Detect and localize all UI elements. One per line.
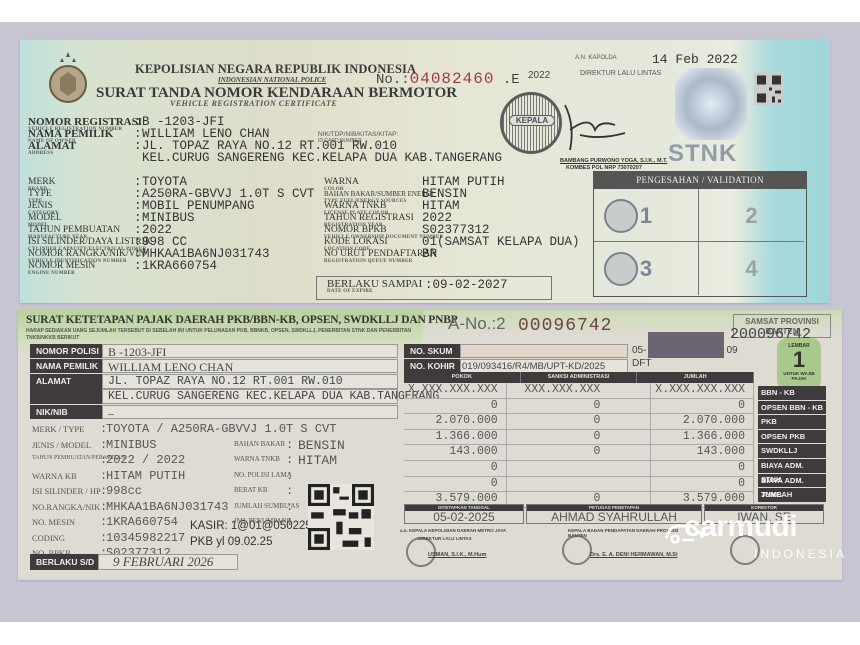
tax-row: 143.0000143.000 xyxy=(404,445,754,461)
tax-cell-pokok: 143.000 xyxy=(404,445,507,460)
assessment-date-box: DITETAPKAN TANGGAL 05-02-2025 xyxy=(404,504,524,524)
right-field-label: NO URUT PENDAFTARANREGISTRATION QUEUE NU… xyxy=(324,249,437,264)
sheet-badge: LEMBAR 1 UNTUK WAJIB PAJAK xyxy=(777,338,821,390)
tax-row: 000 xyxy=(404,399,754,415)
spec-value: 998cc xyxy=(106,484,142,498)
tax-subtitle: HARAP SEDIAKAN UANG SEJUMLAH TERSEBUT DI… xyxy=(26,328,416,342)
official-stamp: KEPALA xyxy=(500,92,562,154)
spec-label: NO. MESIN xyxy=(32,517,75,527)
tax-table-header: POKOK SANKSI ADMINISTRASI JUMLAH xyxy=(404,372,754,383)
spec-value: 10345982217 xyxy=(106,531,185,545)
field-label: NOMOR MESINENGINE NUMBER xyxy=(28,261,95,276)
valid-until-label: BERLAKU S/D xyxy=(30,554,98,570)
tax-row-label: SWDKLLJ xyxy=(758,444,826,458)
authority-title: KEPOLISIAN NEGARA REPUBLIK INDONESIA xyxy=(135,62,416,77)
tax-title: SURAT KETETAPAN PAJAK DAERAH PKB/BBN-KB,… xyxy=(26,314,457,326)
field-value: 1KRA660754 xyxy=(142,259,217,273)
tax-cell-pokok: 2.070.000 xyxy=(404,414,507,429)
tax-cell-sanksi: 0 xyxy=(507,430,652,445)
tax-cell-pokok: X.XXX.XXX.XXX xyxy=(404,383,507,398)
seal-2-icon xyxy=(562,535,592,565)
right-field-value: BR xyxy=(422,247,437,261)
signature-icon xyxy=(560,95,630,155)
spec-label: BAHAN BAKAR xyxy=(234,440,285,448)
qr-code-icon xyxy=(308,484,374,550)
tax-cell-sanksi: 0 xyxy=(507,414,652,429)
qr-code-icon xyxy=(754,72,784,106)
valid-until-value: 9 FEBRUARI 2026 xyxy=(98,554,238,570)
signatory-1-name: USMAN, S.I.K., M.Hum xyxy=(428,552,486,558)
watermark-country: INDONESIA xyxy=(754,547,847,561)
signatory-title-2: DIREKTUR LALU LINTAS xyxy=(580,70,661,77)
column-sanksi: SANKSI ADMINISTRASI xyxy=(521,372,638,383)
spec-label: WARNA TNKB xyxy=(234,455,280,463)
tax-row: 2.070.00002.070.000 xyxy=(404,414,754,430)
tax-cell-jumlah: 1.366.000 xyxy=(651,430,754,445)
police-crest-icon xyxy=(42,52,94,104)
owner-label: NAMA PEMILIK xyxy=(30,359,102,373)
spec-label: NO. POLISI LAMA xyxy=(234,471,292,479)
validation-cell-3: 3 xyxy=(594,242,699,295)
expiry-value: :09-02-2027 xyxy=(425,278,508,292)
owner-label: NIK/NIB xyxy=(30,405,102,419)
spec-value: MHKAA1BA6NJ031743 xyxy=(106,500,228,514)
owner-label: ALAMAT xyxy=(30,374,102,404)
tax-cell-sanksi xyxy=(507,461,652,476)
tax-cell-jumlah: 143.000 xyxy=(651,445,754,460)
spec-label: WARNA KB xyxy=(32,471,77,481)
spec-value: HITAM PUTIH xyxy=(106,469,185,483)
document-subtitle: VEHICLE REGISTRATION CERTIFICATE xyxy=(170,99,337,108)
nik-label-en: ID CARD NUMBER xyxy=(318,138,362,145)
tax-cell-pokok: 0 xyxy=(404,399,507,414)
pkb-previous-date: PKB yl 09.02.25 xyxy=(190,536,272,548)
tax-row-label: JUMLAH xyxy=(758,488,826,502)
skum-field xyxy=(460,344,628,358)
owner-value: – xyxy=(102,405,398,419)
issue-date: 14 Feb 2022 xyxy=(652,52,738,67)
owner-value: B -1203-JFI xyxy=(102,344,398,358)
tax-row-label: BBN - KB xyxy=(758,386,826,400)
owner-value-line2: KEL.CURUG SANGERENG KEC.KELAPA DUA KAB.T… xyxy=(102,389,398,404)
validation-cell-4: 4 xyxy=(699,242,804,295)
officer-box: PETUGAS PENETAPAN AHMAD SYAHRULLAH xyxy=(526,504,702,524)
spec-colon: : xyxy=(286,500,293,514)
field-colon: : xyxy=(134,139,142,153)
tax-row-label: PKB xyxy=(758,415,826,429)
tax-row-labels: BBN - KBOPSEN BBN - KBPKBOPSEN PKBSWDKLL… xyxy=(758,386,826,503)
a-number-label: A-No.:2 xyxy=(448,314,506,334)
validation-header: PENGESAHAN / VALIDATION xyxy=(594,172,806,189)
spec-value: BENSIN xyxy=(298,438,345,453)
signatory-1-title: a.n. KEPALA KEPOLISIAN DAERAH METRO JAYA xyxy=(400,528,506,533)
tax-cell-jumlah: X.XXX.XXX.XXX xyxy=(651,383,754,398)
cashier-code: KASIR: 1@01@050225 xyxy=(190,520,312,532)
spec-value: 2022 / 2022 xyxy=(106,453,185,467)
stnk-logo: STNK xyxy=(668,140,737,168)
sheet-number: 1 xyxy=(777,349,821,371)
spec-label: ISI SILINDER / HP xyxy=(32,486,101,496)
spec-label: MERK / TYPE xyxy=(32,424,84,434)
tax-cell-jumlah: 2.070.000 xyxy=(651,414,754,429)
side-dft: DFT xyxy=(632,358,651,369)
spec-label: CODING xyxy=(32,533,65,543)
spec-label: BERAT KB xyxy=(234,486,268,494)
right-field-value: 01(SAMSAT KELAPA DUA) xyxy=(422,235,580,249)
side-date: 05-09 xyxy=(632,345,738,356)
tax-row-label: BIAYA ADM. TNKB xyxy=(758,474,826,488)
tax-cell-sanksi xyxy=(507,477,652,492)
validation-cell-2: 2 xyxy=(699,189,804,242)
tax-row: X.XXX.XXX.XXXXXX.XXX.XXXX.XXX.XXX.XXX xyxy=(404,383,754,399)
tax-row-label: OPSEN PKB xyxy=(758,430,826,444)
a-number-value: 00096742 xyxy=(518,316,612,336)
spec-colon: : xyxy=(286,484,293,498)
stamp-text: KEPALA xyxy=(509,115,555,126)
tax-cell-pokok: 0 xyxy=(404,477,507,492)
spec-value: MINIBUS xyxy=(106,438,156,452)
spec-colon: : xyxy=(286,469,293,483)
spec-colon: : xyxy=(286,453,293,467)
spec-value: 1KRA660754 xyxy=(106,515,178,529)
tax-row-label: OPSEN BBN - KB xyxy=(758,401,826,415)
serial-year: 2022 xyxy=(528,70,550,81)
serial-number: No.:04082460 .E xyxy=(376,70,520,88)
column-jumlah: JUMLAH xyxy=(637,372,754,383)
spec-colon: : xyxy=(286,438,293,452)
kohir-label: NO. KOHIR xyxy=(404,359,460,373)
field-colon: : xyxy=(134,259,142,273)
column-pokok: POKOK xyxy=(404,372,521,383)
expiry-box: BERLAKU SAMPAIDATE OF EXPIRE :09-02-2027 xyxy=(316,276,552,300)
owner-label: NOMOR POLISI xyxy=(30,344,102,358)
tax-cell-sanksi: 0 xyxy=(507,445,652,460)
validation-grid: PENGESAHAN / VALIDATION 1 2 3 4 xyxy=(593,171,807,297)
owner-value: JL. TOPAZ RAYA NO.12 RT.001 RW.010 xyxy=(102,374,398,389)
field-label: ALAMATADDRESS xyxy=(28,141,76,156)
spec-label: JENIS / MODEL xyxy=(32,440,91,450)
tax-table: POKOK SANKSI ADMINISTRASI JUMLAH X.XXX.X… xyxy=(404,372,754,508)
tax-cell-jumlah: 0 xyxy=(651,461,754,476)
tax-cell-jumlah: 0 xyxy=(651,399,754,414)
field-value-line2: KEL.CURUG SANGERENG KEC.KELAPA DUA KAB.T… xyxy=(142,151,502,165)
kohir-field: 019/093416/R4/MB/UPT-KD/2025 xyxy=(460,359,628,373)
owner-value: WILLIAM LENO CHAN xyxy=(102,359,398,373)
tax-cell-pokok: 0 xyxy=(404,461,507,476)
serial-suffix: .E xyxy=(503,72,520,88)
serial-label: No.: xyxy=(376,72,410,88)
tax-cell-sanksi: XXX.XXX.XXX xyxy=(507,383,652,398)
signatory-title-1: A.N. KAPOLDA xyxy=(575,55,617,62)
tax-cell-jumlah: 0 xyxy=(651,477,754,492)
sheet-bottom: UNTUK WAJIB PAJAK xyxy=(777,371,821,381)
signatory-2-name: Drs. E. A. DENI HERMAWAN, M.Si xyxy=(590,552,678,558)
watermark-brand: carmudi xyxy=(684,510,797,544)
authority-subtitle: INDONESIAN NATIONAL POLICE xyxy=(218,76,326,84)
assessment-date-value: 05-02-2025 xyxy=(405,511,523,524)
tax-row: 00 xyxy=(404,477,754,493)
tax-row: 00 xyxy=(404,461,754,477)
spec-value: HITAM xyxy=(298,453,337,468)
expiry-label: BERLAKU SAMPAIDATE OF EXPIRE xyxy=(327,279,422,294)
tax-row-label: BIAYA ADM. STNK xyxy=(758,459,826,473)
tax-cell-pokok: 1.366.000 xyxy=(404,430,507,445)
serial-value: 04082460 xyxy=(410,70,495,88)
validation-cell-1: 1 xyxy=(594,189,699,242)
hologram-emblem-icon xyxy=(675,68,747,140)
stnk-card: KEPOLISIAN NEGARA REPUBLIK INDONESIA IND… xyxy=(20,40,830,303)
signatory-name: BAMBANG PURWONO YOGA, S.I.K., M.T. xyxy=(560,158,667,164)
tax-cell-sanksi: 0 xyxy=(507,399,652,414)
spec-label: NO.RANGKA/NIK xyxy=(32,502,100,512)
skum-label: NO. SKUM xyxy=(404,344,460,358)
spec-value: TOYOTA / A250RA-GBVVJ 1.0T S CVT xyxy=(106,422,336,436)
nik-label: NIK/TDP/NIB/KITAS/KITAP: xyxy=(318,131,398,138)
tax-row: 1.366.00001.366.000 xyxy=(404,430,754,446)
